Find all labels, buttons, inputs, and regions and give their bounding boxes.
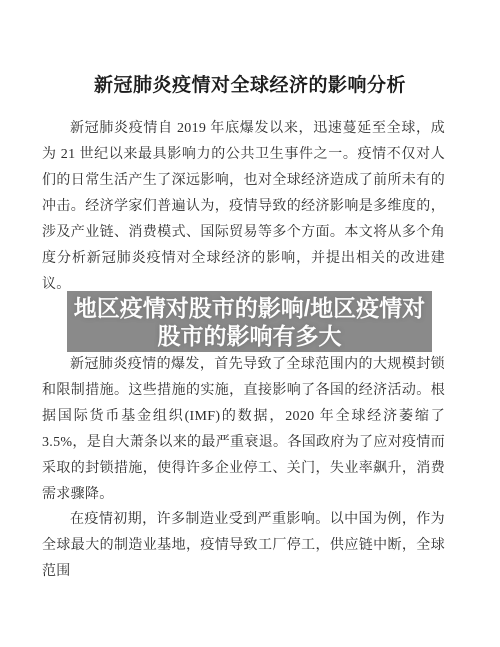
- article-paragraph-lockdown-impact: 新冠肺炎疫情的爆发，首先导致了全球范围内的大规模封锁和限制措施。这些措施的实施，…: [42, 352, 445, 508]
- promo-overlay-banner[interactable]: 地区疫情对股市的影响/地区疫情对 股市的影响有多大: [67, 291, 432, 352]
- document-page: 新冠肺炎疫情对全球经济的影响分析 新冠肺炎疫情自 2019 年底爆发以来，迅速蔓…: [0, 0, 500, 647]
- promo-banner-text-line2: 股市的影响有多大: [158, 322, 342, 350]
- document-title: 新冠肺炎疫情对全球经济的影响分析: [0, 70, 500, 97]
- article-paragraph-intro: 新冠肺炎疫情自 2019 年底爆发以来，迅速蔓延至全球，成为 21 世纪以来最具…: [42, 116, 445, 298]
- promo-banner-text-line1: 地区疫情对股市的影响/地区疫情对: [74, 294, 425, 322]
- article-paragraph-manufacturing: 在疫情初期，许多制造业受到严重影响。以中国为例，作为全球最大的制造业基地，疫情导…: [42, 507, 445, 585]
